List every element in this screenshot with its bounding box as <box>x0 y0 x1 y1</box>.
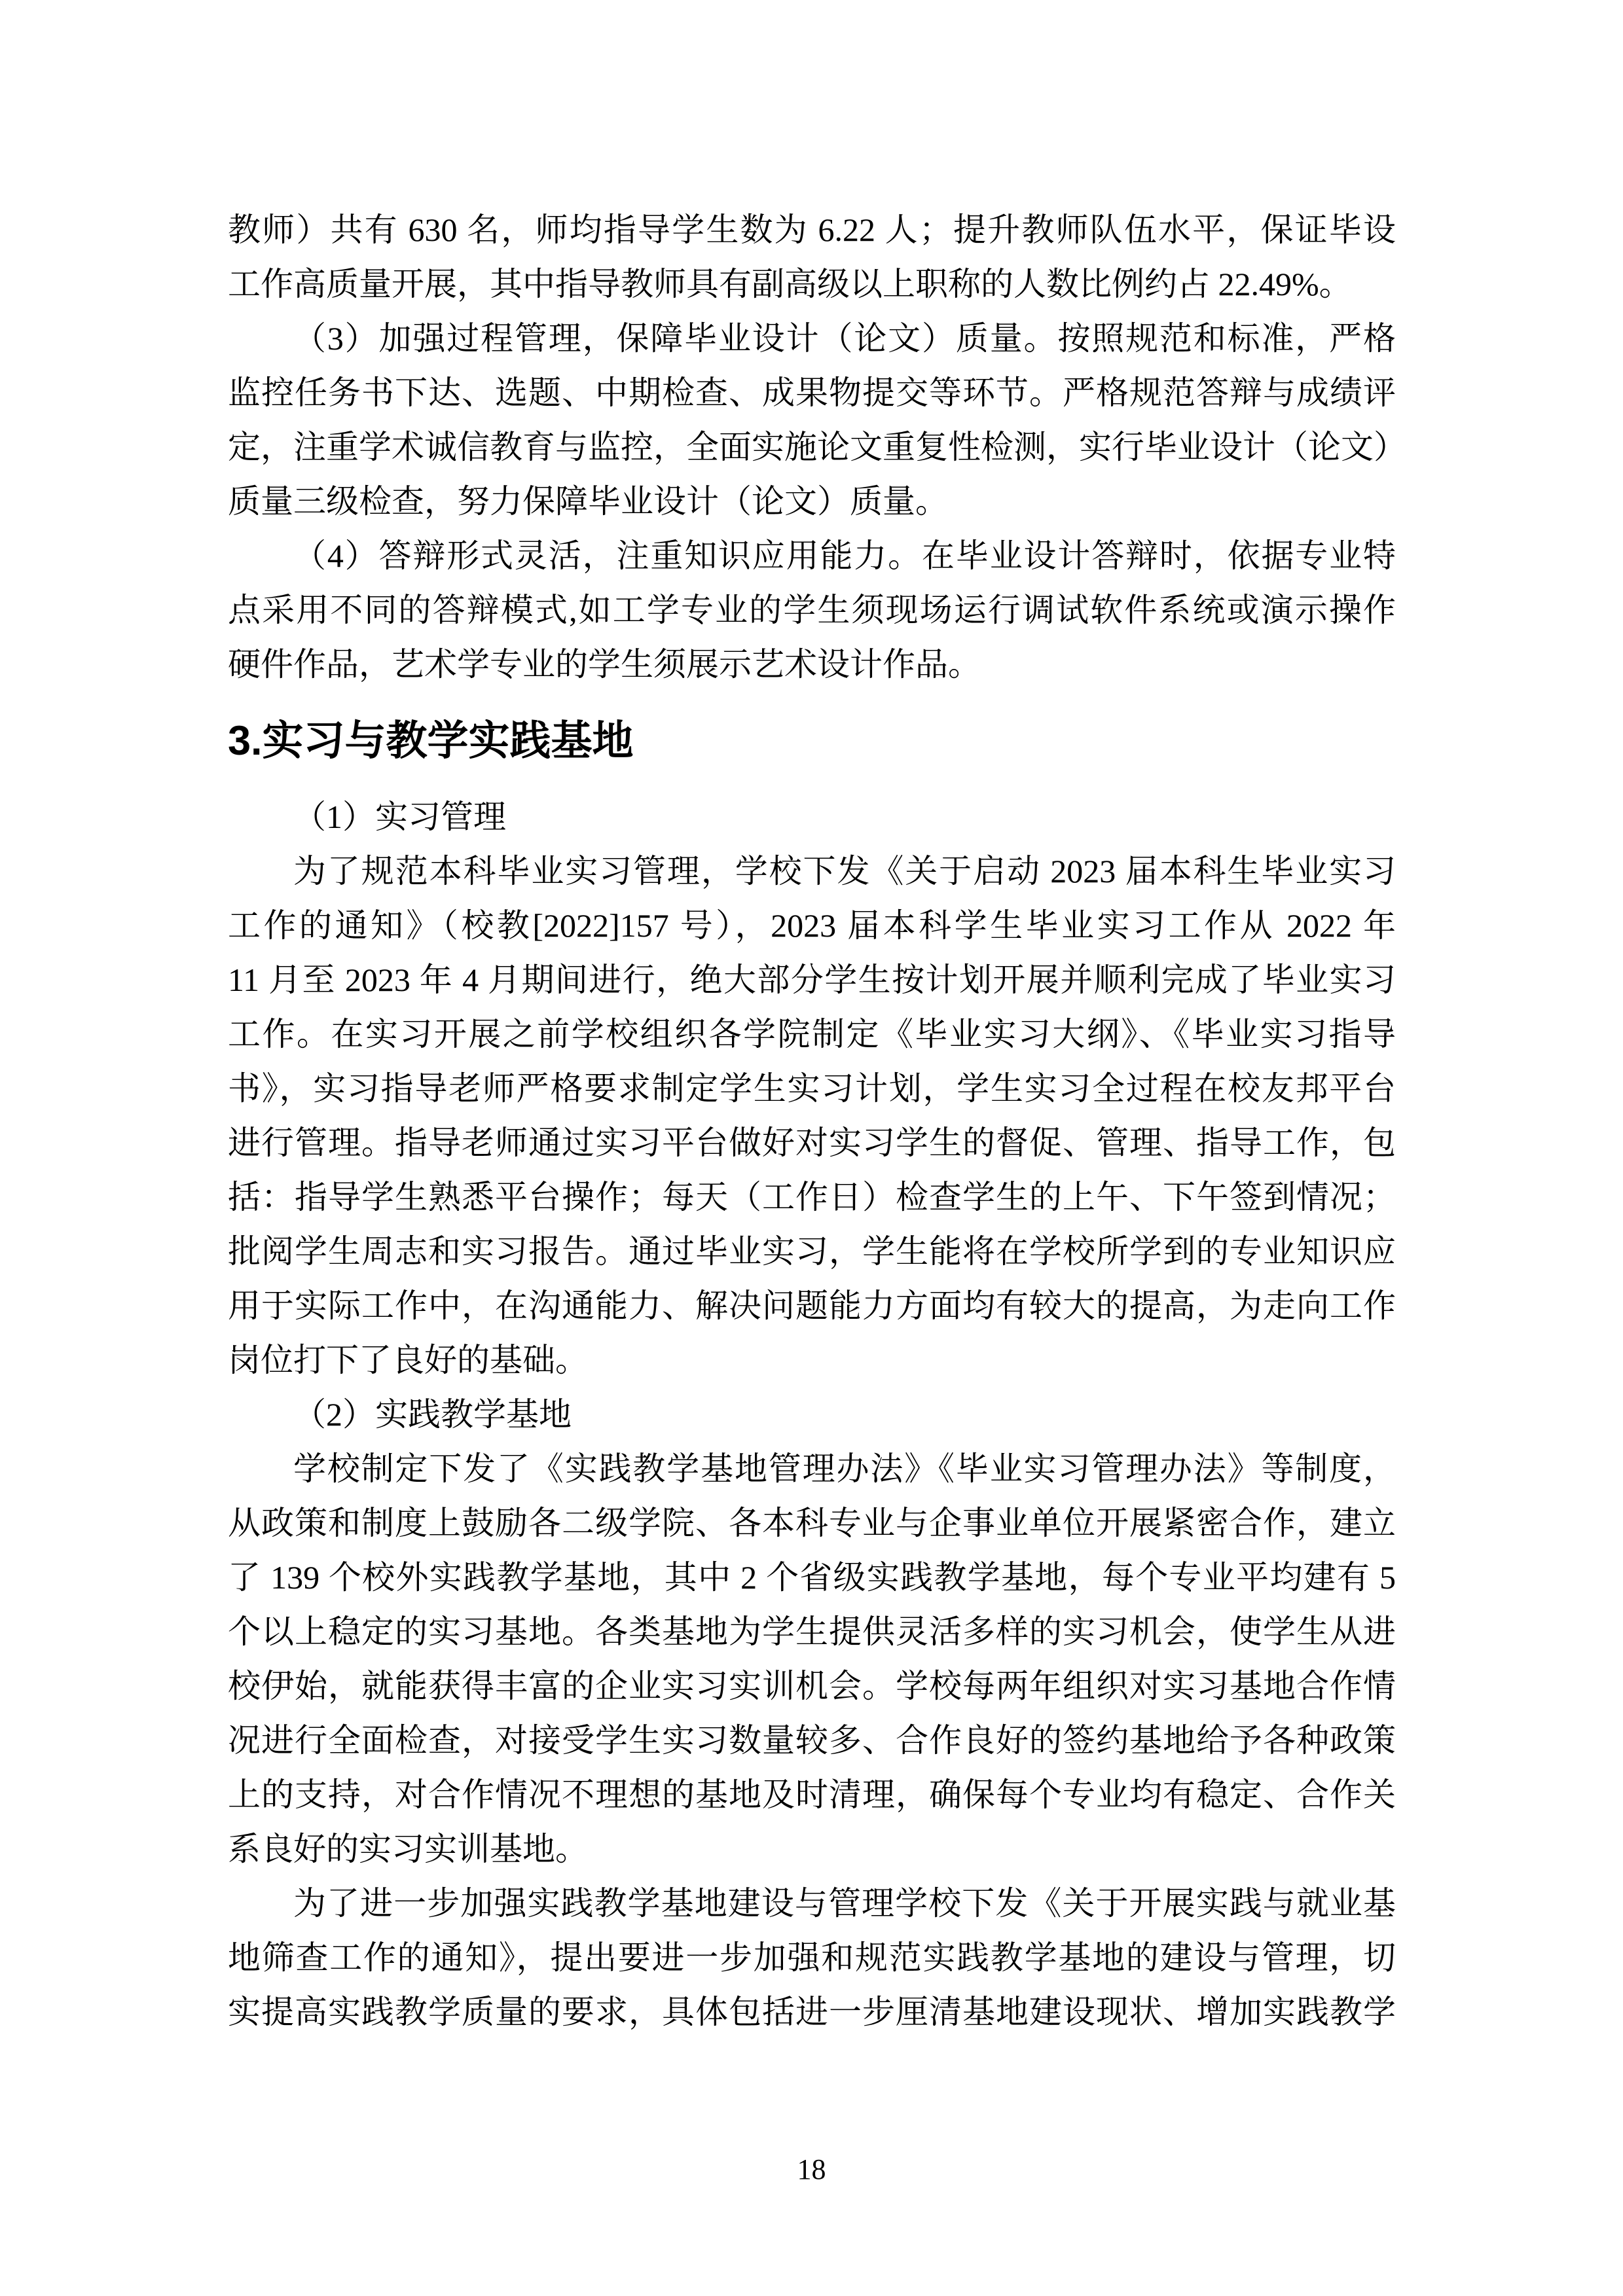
text-line: 书》，实习指导老师严格要求制定学生实习计划，学生实习全过程在校友邦平台 <box>228 1062 1396 1116</box>
text-line: （3）加强过程管理，保障毕业设计（论文）质量。按照规范和标准，严格 <box>228 312 1396 366</box>
text-line: 为了进一步加强实践教学基地建设与管理学校下发《关于开展实践与就业基 <box>228 1876 1396 1931</box>
text-line: （4）答辩形式灵活，注重知识应用能力。在毕业设计答辩时，依据专业特 <box>228 529 1396 583</box>
text-line: （1）实习管理 <box>228 790 1396 844</box>
text-line: （2）实践教学基地 <box>228 1388 1396 1442</box>
text-line: 学校制定下发了《实践教学基地管理办法》《毕业实习管理办法》等制度， <box>228 1442 1396 1496</box>
text-line: 工作高质量开展，其中指导教师具有副高级以上职称的人数比例约占 22.49%。 <box>228 257 1396 312</box>
text-line: 批阅学生周志和实习报告。通过毕业实习，学生能将在学校所学到的专业知识应 <box>228 1225 1396 1279</box>
text-line: 工作。在实习开展之前学校组织各学院制定《毕业实习大纲》、《毕业实习指导 <box>228 1007 1396 1062</box>
text-line: 定，注重学术诚信教育与监控，全面实施论文重复性检测，实行毕业设计（论文） <box>228 420 1396 475</box>
text-line: 点采用不同的答辩模式,如工学专业的学生须现场运行调试软件系统或演示操作 <box>228 583 1396 637</box>
text-line: 质量三级检查，努力保障毕业设计（论文）质量。 <box>228 475 1396 529</box>
text-line: 用于实际工作中，在沟通能力、解决问题能力方面均有较大的提高，为走向工作 <box>228 1279 1396 1333</box>
section-heading: 3.实习与教学实践基地 <box>228 692 1396 790</box>
text-line: 教师）共有 630 名，师均指导学生数为 6.22 人；提升教师队伍水平，保证毕… <box>228 203 1396 257</box>
text-line: 监控任务书下达、选题、中期检查、成果物提交等环节。严格规范答辩与成绩评 <box>228 366 1396 420</box>
text-line: 实提高实践教学质量的要求，具体包括进一步厘清基地建设现状、增加实践教学 <box>228 1985 1396 2039</box>
text-line: 11 月至 2023 年 4 月期间进行，绝大部分学生按计划开展并顺利完成了毕业… <box>228 953 1396 1007</box>
text-line: 了 139 个校外实践教学基地，其中 2 个省级实践教学基地，每个专业平均建有 … <box>228 1551 1396 1605</box>
text-line: 地筛查工作的通知》，提出要进一步加强和规范实践教学基地的建设与管理，切 <box>228 1931 1396 1985</box>
text-line: 个以上稳定的实习基地。各类基地为学生提供灵活多样的实习机会，使学生从进 <box>228 1605 1396 1659</box>
text-line: 校伊始，就能获得丰富的企业实习实训机会。学校每两年组织对实习基地合作情 <box>228 1659 1396 1713</box>
body-text: 教师）共有 630 名，师均指导学生数为 6.22 人；提升教师队伍水平，保证毕… <box>228 203 1396 2039</box>
text-line: 况进行全面检查，对接受学生实习数量较多、合作良好的签约基地给予各种政策 <box>228 1713 1396 1768</box>
page-number: 18 <box>0 2150 1623 2189</box>
text-line: 括：指导学生熟悉平台操作；每天（工作日）检查学生的上午、下午签到情况； <box>228 1170 1396 1225</box>
text-line: 从政策和制度上鼓励各二级学院、各本科专业与企事业单位开展紧密合作，建立 <box>228 1496 1396 1551</box>
text-line: 工作的通知》（校教[2022]157 号），2023 届本科学生毕业实习工作从 … <box>228 899 1396 953</box>
text-line: 为了规范本科毕业实习管理，学校下发《关于启动 2023 届本科生毕业实习 <box>228 844 1396 899</box>
text-line: 系良好的实习实训基地。 <box>228 1822 1396 1876</box>
text-line: 进行管理。指导老师通过实习平台做好对实习学生的督促、管理、指导工作，包 <box>228 1116 1396 1170</box>
text-line: 硬件作品，艺术学专业的学生须展示艺术设计作品。 <box>228 637 1396 692</box>
document-page: 教师）共有 630 名，师均指导学生数为 6.22 人；提升教师队伍水平，保证毕… <box>0 0 1623 2296</box>
text-line: 上的支持，对合作情况不理想的基地及时清理，确保每个专业均有稳定、合作关 <box>228 1768 1396 1822</box>
text-line: 岗位打下了良好的基础。 <box>228 1333 1396 1388</box>
